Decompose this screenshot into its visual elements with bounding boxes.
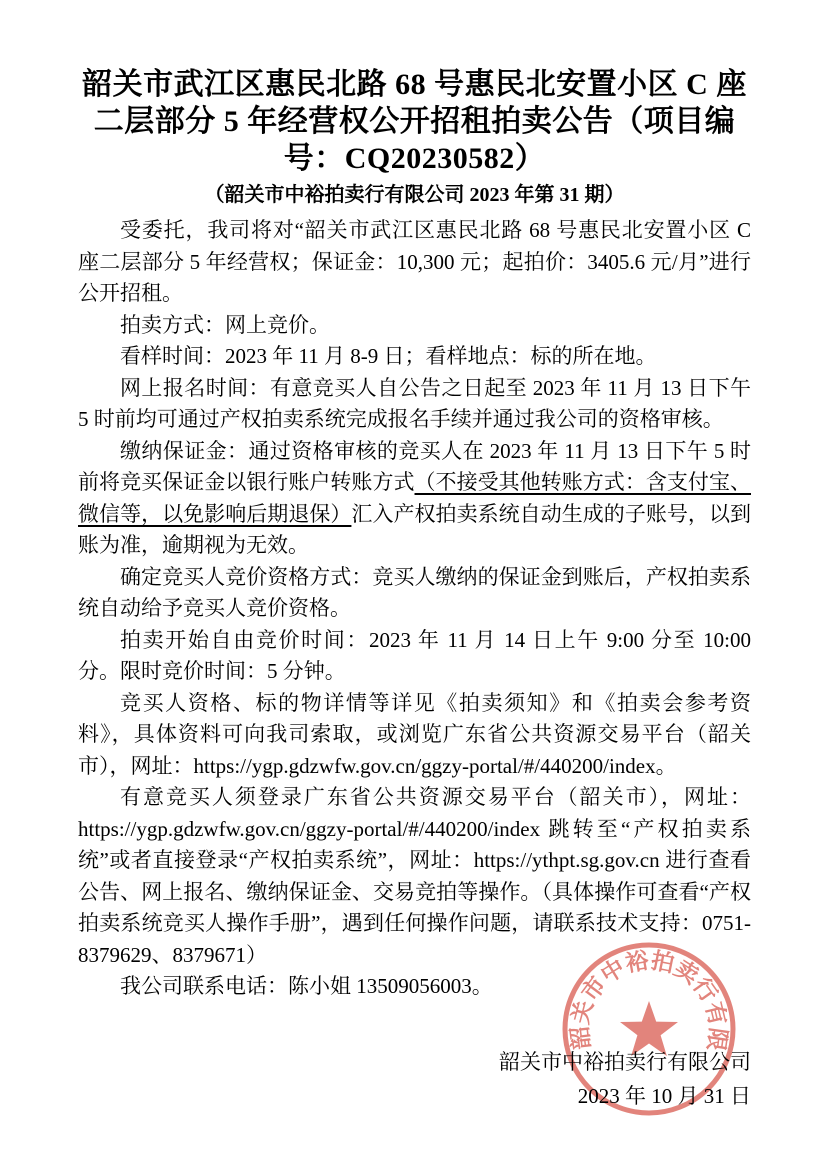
- paragraph-platform-login: 有意竞买人须登录广东省公共资源交易平台（韶关市），网址：https://ygp.…: [78, 782, 751, 971]
- paragraph-entrust: 受委托，我司将对“韶关市武江区惠民北路 68 号惠民北安置小区 C 座二层部分 …: [78, 215, 751, 310]
- paragraph-materials: 竞买人资格、标的物详情等详见《拍卖须知》和《拍卖会参考资料》，具体资料可向我司索…: [78, 688, 751, 783]
- signature-block: 韶关市中裕拍卖行有限公司 2023 年 10 月 31 日: [78, 1045, 751, 1113]
- paragraph-viewing-time: 看样时间：2023 年 11 月 8-9 日；看样地点：标的所在地。: [78, 341, 751, 373]
- paragraph-deposit: 缴纳保证金：通过资格审核的竞买人在 2023 年 11 月 13 日下午 5 时…: [78, 436, 751, 562]
- paragraph-contact: 我公司联系电话：陈小姐 13509056003。: [78, 971, 751, 1003]
- paragraph-bidding-time: 拍卖开始自由竞价时间：2023 年 11 月 14 日上午 9:00 分至 10…: [78, 625, 751, 688]
- signature-date: 2023 年 10 月 31 日: [78, 1079, 751, 1113]
- announcement-page: 韶关市武江区惠民北路 68 号惠民北安置小区 C 座二层部分 5 年经营权公开招…: [0, 0, 827, 1170]
- paragraph-registration-time: 网上报名时间：有意竞买人自公告之日起至 2023 年 11 月 13 日下午 5…: [78, 373, 751, 436]
- paragraph-auction-method: 拍卖方式：网上竞价。: [78, 310, 751, 342]
- page-subtitle: （韶关市中裕拍卖行有限公司 2023 年第 31 期）: [78, 181, 751, 209]
- paragraph-qualification: 确定竞买人竞价资格方式：竞买人缴纳的保证金到账后，产权拍卖系统自动给予竞买人竞价…: [78, 562, 751, 625]
- document-content: 韶关市武江区惠民北路 68 号惠民北安置小区 C 座二层部分 5 年经营权公开招…: [78, 66, 751, 1113]
- signature-company: 韶关市中裕拍卖行有限公司: [78, 1045, 751, 1079]
- page-title: 韶关市武江区惠民北路 68 号惠民北安置小区 C 座二层部分 5 年经营权公开招…: [78, 66, 751, 177]
